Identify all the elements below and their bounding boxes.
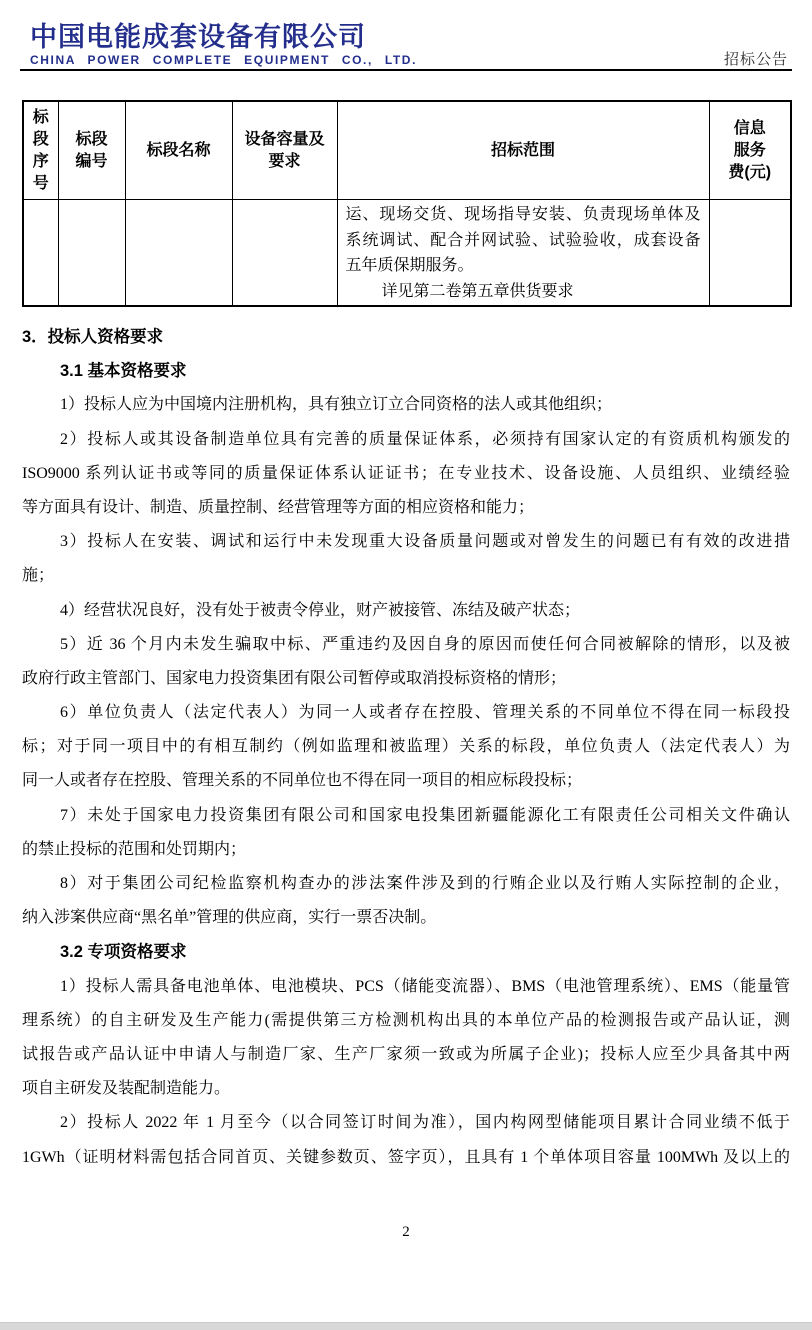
paragraph-line: 同一人或者存在控股、管理关系的不同单位也不得在同一项目的相应标段投标； [22, 764, 790, 798]
column-header: 设备容量及要求 [232, 101, 337, 200]
company-name-cn: 中国电能成套设备有限公司 [30, 22, 417, 52]
paragraph-line: 标；对于同一项目中的有相互制约（例如监理和被监理）关系的标段，单位负责人（法定代… [22, 730, 790, 764]
table-body-row: 运、现场交货、现场指导安装、负责现场单体及系统调试、配合并网试验、试验验收，成套… [23, 200, 791, 307]
scope-line: 系统调试、配合并网试验、试验验收，成套设备 [346, 228, 701, 254]
bottom-scroll-strip[interactable] [0, 1322, 812, 1330]
bid-sections-table: 标段序号标段编号标段名称设备容量及要求招标范围信息服务费(元) 运、现场交货、现… [22, 100, 792, 307]
column-header: 招标范围 [337, 101, 709, 200]
document-page: 中国电能成套设备有限公司 CHINA POWER COMPLETE EQUIPM… [0, 0, 812, 1330]
column-header: 标段序号 [23, 101, 58, 200]
table-cell [232, 200, 337, 307]
scope-line: 运、现场交货、现场指导安装、负责现场单体及 [346, 202, 701, 228]
section-heading: 3.1 基本资格要求 [22, 354, 790, 388]
document-type-label: 招标公告 [724, 48, 788, 69]
paragraph-line: 8）对于集团公司纪检监察机构查办的涉法案件涉及到的行贿企业以及行贿人实际控制的企… [22, 867, 790, 901]
paragraph-line: 等方面具有设计、制造、质量控制、经营管理等方面的相应资格和能力； [22, 491, 790, 525]
section-heading: 3．投标人资格要求 [22, 320, 790, 354]
header-divider [20, 69, 792, 71]
company-name-en: CHINA POWER COMPLETE EQUIPMENT CO., LTD. [30, 53, 417, 68]
table-header-row: 标段序号标段编号标段名称设备容量及要求招标范围信息服务费(元) [23, 101, 791, 200]
paragraph-line: 3）投标人在安装、调试和运行中未发现重大设备质量问题或对曾发生的问题已有有效的改… [22, 525, 790, 559]
section-heading: 3.2 专项资格要求 [22, 935, 790, 969]
table-cell [58, 200, 125, 307]
paragraph-line: 4）经营状况良好，没有处于被责令停业，财产被接管、冻结及破产状态； [22, 594, 790, 628]
scope-cell: 运、现场交货、现场指导安装、负责现场单体及系统调试、配合并网试验、试验验收，成套… [337, 200, 709, 307]
document-body: 3．投标人资格要求3.1 基本资格要求1）投标人应为中国境内注册机构，具有独立订… [22, 320, 790, 1175]
paragraph-line: 1）投标人需具备电池单体、电池模块、PCS（储能变流器）、BMS（电池管理系统）… [22, 970, 790, 1004]
paragraph-line: 政府行政主管部门、国家电力投资集团有限公司暂停或取消投标资格的情形； [22, 662, 790, 696]
paragraph-line: 5）近 36 个月内未发生骗取中标、严重违约及因自身的原因而使任何合同被解除的情… [22, 628, 790, 662]
paragraph-line: ISO9000 系列认证书或等同的质量保证体系认证证书；在专业技术、设备设施、人… [22, 457, 790, 491]
company-logo: 中国电能成套设备有限公司 CHINA POWER COMPLETE EQUIPM… [30, 22, 417, 68]
paragraph-line: 试报告或产品认证中申请人与制造厂家、生产厂家须一致或为所属子企业)；投标人应至少… [22, 1038, 790, 1072]
table-cell [709, 200, 791, 307]
paragraph-line: 7）未处于国家电力投资集团有限公司和国家电投集团新疆能源化工有限责任公司相关文件… [22, 799, 790, 833]
table-cell [23, 200, 58, 307]
paragraph-line: 2）投标人 2022 年 1 月至今（以合同签订时间为准），国内构网型储能项目累… [22, 1106, 790, 1140]
paragraph-line: 1）投标人应为中国境内注册机构，具有独立订立合同资格的法人或其他组织； [22, 388, 790, 422]
scope-line: 五年质保期服务。 [346, 253, 701, 279]
paragraph-line: 纳入涉案供应商“黑名单”管理的供应商，实行一票否决制。 [22, 901, 790, 935]
paragraph-line: 6）单位负责人（法定代表人）为同一人或者存在控股、管理关系的不同单位不得在同一标… [22, 696, 790, 730]
paragraph-line: 项自主研发及装配制造能力。 [22, 1072, 790, 1106]
paragraph-line: 的禁止投标的范围和处罚期内； [22, 833, 790, 867]
column-header: 标段编号 [58, 101, 125, 200]
paragraph-line: 1GWh（证明材料需包括合同首页、关键参数页、签字页），且具有 1 个单体项目容… [22, 1141, 790, 1175]
paragraph-line: 理系统）的自主研发及生产能力(需提供第三方检测机构出具的本单位产品的检测报告或产… [22, 1004, 790, 1038]
page-number: 2 [0, 1224, 812, 1241]
paragraph-line: 施； [22, 559, 790, 593]
table-cell [125, 200, 232, 307]
scope-line: 详见第二卷第五章供货要求 [346, 279, 701, 305]
paragraph-line: 2）投标人或其设备制造单位具有完善的质量保证体系，必须持有国家认定的有资质机构颁… [22, 423, 790, 457]
column-header: 信息服务费(元) [709, 101, 791, 200]
column-header: 标段名称 [125, 101, 232, 200]
